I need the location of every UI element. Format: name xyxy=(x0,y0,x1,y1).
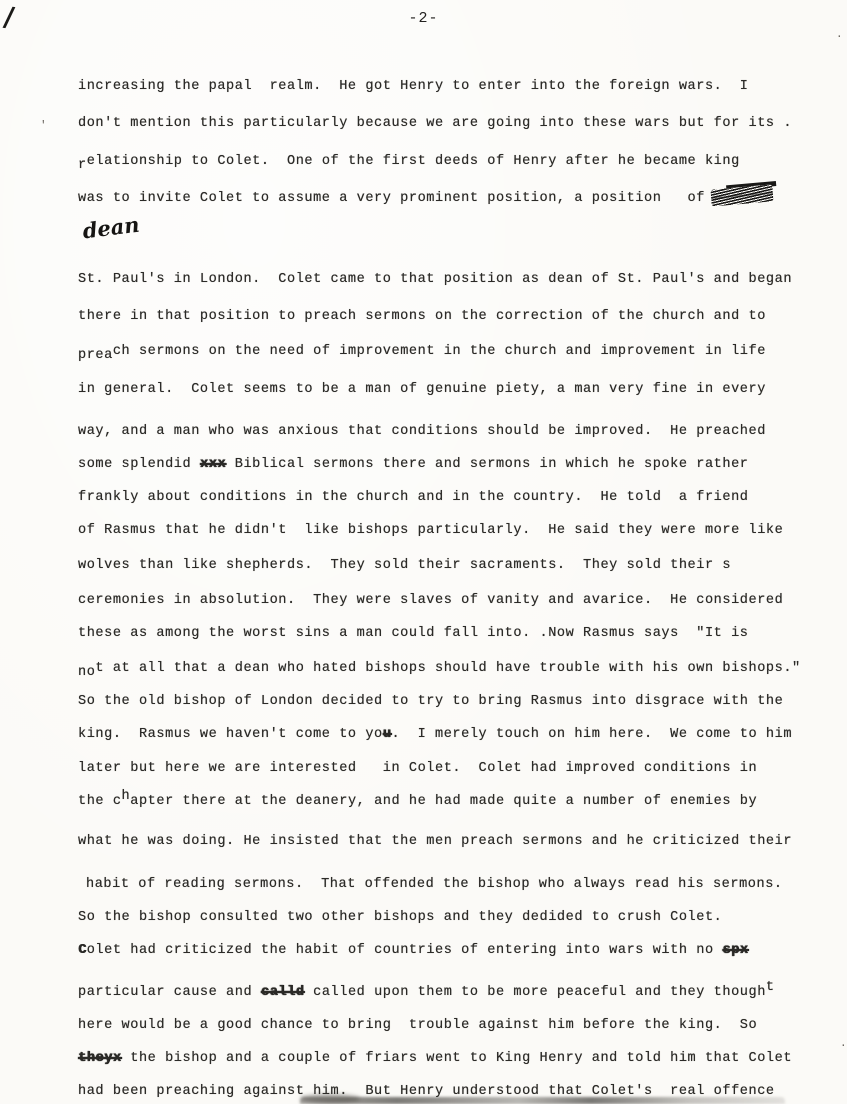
text-segment: Biblical sermons there and sermons in wh… xyxy=(226,457,748,472)
scan-smudge xyxy=(300,1097,785,1104)
text-segment: So the bishop consulted two other bishop… xyxy=(78,910,722,925)
text-segment: r xyxy=(78,158,87,173)
text-line: of Rasmus that he didn't like bishops pa… xyxy=(78,514,808,547)
text-segment: h xyxy=(122,789,131,804)
text-line: So the bishop consulted two other bishop… xyxy=(78,901,808,934)
text-line: was to invite Colet to assume a very pro… xyxy=(78,182,808,253)
ink-speck: ' xyxy=(40,120,47,132)
text-segment: these as among the worst sins a man coul… xyxy=(78,626,748,641)
text-segment: of Rasmus that he didn't like bishops pa… xyxy=(78,523,783,538)
scan-smudge-edge xyxy=(300,1094,360,1103)
page-number: -2- xyxy=(0,10,847,27)
text-line: not at all that a dean who hated bishops… xyxy=(78,652,808,685)
text-line: Colet had criticized the habit of countr… xyxy=(78,934,808,967)
text-segment: what he was doing. He insisted that the … xyxy=(78,834,792,849)
text-line: relationship to Colet. One of the first … xyxy=(78,145,808,178)
scribbled-out-word xyxy=(710,184,773,206)
text-line: particular cause and calld called upon t… xyxy=(78,976,808,1009)
overstruck-text: spx xyxy=(722,943,748,958)
text-line: king. Rasmus we haven't come to you. I m… xyxy=(78,718,808,751)
text-segment: here would be a good chance to bring tro… xyxy=(78,1018,757,1033)
text-line: here would be a good chance to bring tro… xyxy=(78,1009,808,1042)
overstruck-text: calld xyxy=(261,985,305,1000)
text-line: wolves than like shepherds. They sold th… xyxy=(78,549,808,582)
text-line: some splendid xxx Biblical sermons there… xyxy=(78,448,808,481)
text-segment: particular cause and xyxy=(78,985,261,1000)
text-segment: was to invite Colet to assume a very pro… xyxy=(78,191,705,206)
text-segment: t at all that a dean who hated bishops s… xyxy=(95,661,800,676)
text-line: preach sermons on the need of improvemen… xyxy=(78,335,808,368)
text-segment: the bishop and a couple of friars went t… xyxy=(122,1051,792,1066)
text-segment: wolves than like shepherds. They sold th… xyxy=(78,558,731,573)
text-segment: called upon them to be more peaceful and… xyxy=(304,985,766,1000)
text-segment: St. Paul's in London. Colet came to that… xyxy=(78,272,792,287)
text-segment: way, and a man who was anxious that cond… xyxy=(78,424,766,439)
text-segment: king. Rasmus we haven't come to yo xyxy=(78,727,383,742)
text-segment: in general. Colet seems to be a man of g… xyxy=(78,382,766,397)
text-line: later but here we are interested in Cole… xyxy=(78,752,808,785)
text-segment: there in that position to preach sermons… xyxy=(78,309,766,324)
text-line: the chapter there at the deanery, and he… xyxy=(78,785,808,818)
text-segment: So the old bishop of London decided to t… xyxy=(78,694,783,709)
typewritten-text-block: increasing the papal realm. He got Henry… xyxy=(78,70,808,1104)
text-line: ceremonies in absolution. They were slav… xyxy=(78,584,808,617)
text-segment: t xyxy=(766,980,775,995)
text-segment: . I merely touch on him here. We come to… xyxy=(391,727,792,742)
text-segment: prea xyxy=(78,348,113,363)
text-line: frankly about conditions in the church a… xyxy=(78,481,808,514)
overstruck-text: xxx xyxy=(200,457,226,472)
text-segment: frankly about conditions in the church a… xyxy=(78,490,748,505)
text-segment: no xyxy=(78,665,95,680)
text-segment: apter there at the deanery, and he had m… xyxy=(130,794,757,809)
text-segment: later but here we are interested in Cole… xyxy=(78,761,757,776)
text-line: in general. Colet seems to be a man of g… xyxy=(78,373,808,406)
handwritten-annotation: dean xyxy=(81,208,142,248)
text-line: don't mention this particularly because … xyxy=(78,107,808,140)
text-line: way, and a man who was anxious that cond… xyxy=(78,415,808,448)
text-segment: some splendid xyxy=(78,457,200,472)
overstruck-text: theyx xyxy=(78,1051,122,1066)
text-segment: elationship to Colet. One of the first d… xyxy=(87,154,740,169)
text-segment: don't mention this particularly because … xyxy=(78,116,792,131)
ink-speck: . xyxy=(840,1038,847,1050)
text-segment: C xyxy=(78,943,87,958)
text-segment: ceremonies in absolution. They were slav… xyxy=(78,593,783,608)
text-line: So the old bishop of London decided to t… xyxy=(78,685,808,718)
text-line: there in that position to preach sermons… xyxy=(78,300,808,333)
text-segment: olet had criticized the habit of countri… xyxy=(87,943,723,958)
text-line: these as among the worst sins a man coul… xyxy=(78,617,808,650)
ink-speck: . xyxy=(836,29,843,41)
text-segment: ch sermons on the need of improvement in… xyxy=(113,344,766,359)
text-line: St. Paul's in London. Colet came to that… xyxy=(78,263,808,296)
text-line: theyx the bishop and a couple of friars … xyxy=(78,1042,808,1075)
text-line: habit of reading sermons. That offended … xyxy=(78,868,808,901)
text-segment: the c xyxy=(78,794,122,809)
text-segment: habit of reading sermons. That offended … xyxy=(86,877,783,892)
text-line: increasing the papal realm. He got Henry… xyxy=(78,70,808,103)
text-line: what he was doing. He insisted that the … xyxy=(78,825,808,858)
text-segment: increasing the papal realm. He got Henry… xyxy=(78,79,748,94)
scanned-page: / -2- increasing the papal realm. He got… xyxy=(0,0,847,1104)
